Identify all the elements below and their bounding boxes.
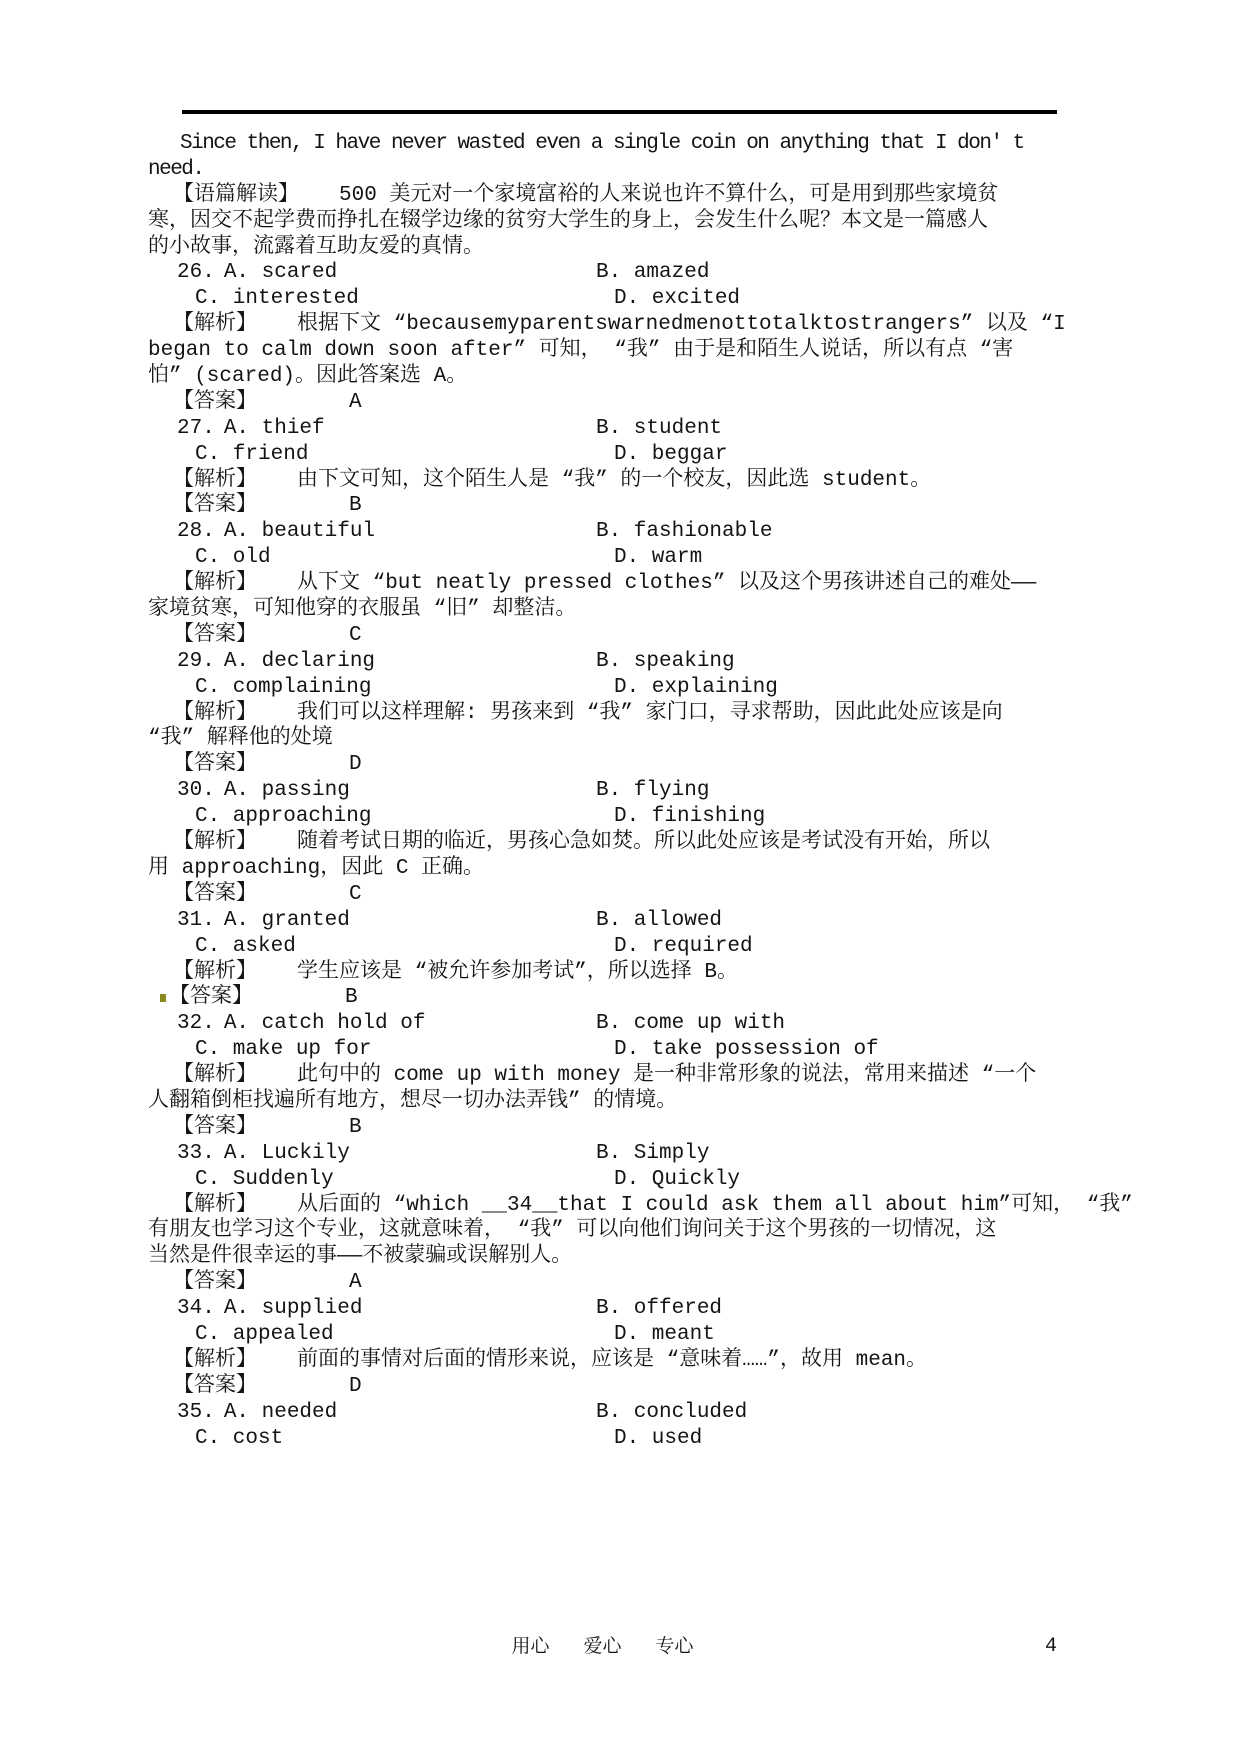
question-row-cd: C. appealedD. meant (148, 1322, 1148, 1348)
analysis-label: 【解析】 (148, 961, 257, 984)
analysis-line: 人翻箱倒柜找遍所有地方，想尽一切办法弄钱” 的情境。 (148, 1089, 1148, 1115)
answer-label: 【答案】 (148, 1271, 257, 1294)
analysis-line: 【解析】随着考试日期的临近，男孩心急如焚。所以此处应该是考试没有开始，所以 (148, 830, 1148, 856)
analysis-line: 用 approaching，因此 C 正确。 (148, 856, 1148, 882)
analysis-text: 从后面的 “which __34__that I could ask them … (297, 1194, 1133, 1217)
analysis-line: 【解析】我们可以这样理解: 男孩来到 “我” 家门口，寻求帮助，因此此处应该是向 (148, 701, 1148, 727)
analysis-label: 【解析】 (148, 831, 257, 854)
analysis-line: 【解析】前面的事情对后面的情形来说，应该是 “意味着……”，故用 mean。 (148, 1348, 1148, 1374)
option-a: A. passing (224, 779, 350, 802)
answer-value: A (349, 1271, 362, 1294)
analysis-label: 【解析】 (148, 469, 257, 492)
question-row-ab: 32.A. catch hold ofB. come up with (148, 1011, 1148, 1037)
question-number: 34. (177, 1297, 215, 1320)
option-c: C. interested (148, 286, 614, 312)
analysis-line: 【解析】从下文 “but neatly pressed clothes” 以及这… (148, 571, 1148, 597)
option-a: A. granted (224, 909, 350, 932)
answer-line: 【答案】B (148, 985, 1148, 1011)
answer-label: 【答案】 (169, 986, 253, 1009)
question-row-cd: C. interestedD. excited (148, 286, 1148, 312)
answer-value: C (349, 624, 362, 647)
question-number: 31. (177, 909, 215, 932)
answer-label: 【答案】 (148, 391, 257, 414)
answer-line: 【答案】D (148, 752, 1148, 778)
option-a: A. supplied (224, 1297, 363, 1320)
stray-mark (160, 994, 166, 1002)
question-row-ab: 29.A. declaringB. speaking (148, 649, 1148, 675)
document-page: Since then, I have never wasted even a s… (0, 0, 1241, 1754)
option-c: C. appealed (148, 1322, 614, 1348)
passage-line: Since then, I have never wasted even a s… (148, 131, 1148, 157)
analysis-text: 此句中的 come up with money 是一种非常形象的说法，常用来描述… (297, 1064, 1036, 1087)
option-a: A. needed (224, 1401, 337, 1424)
analysis-label: 【解析】 (148, 702, 257, 725)
option-b: B. Simply (596, 1142, 709, 1165)
answer-value: B (349, 1116, 362, 1139)
option-b: B. speaking (596, 650, 735, 673)
answer-value: D (349, 1375, 362, 1398)
answer-value: A (349, 391, 362, 414)
question-row-cd: C. oldD. warm (148, 545, 1148, 571)
question-row-cd: C. friendD. beggar (148, 442, 1148, 468)
analysis-line: began to calm down soon after” 可知， “我” 由… (148, 338, 1148, 364)
answer-label: 【答案】 (148, 753, 257, 776)
analysis-line: 家境贫寒，可知他穿的衣服虽 “旧” 却整洁。 (148, 597, 1148, 623)
analysis-line: 当然是件很幸运的事——不被蒙骗或误解别人。 (148, 1244, 1148, 1270)
answer-value: D (349, 753, 362, 776)
guide-label: 【语篇解读】 (148, 184, 299, 207)
option-b: B. come up with (596, 1012, 785, 1035)
question-row-cd: C. SuddenlyD. Quickly (148, 1167, 1148, 1193)
option-a: A. beautiful (224, 520, 375, 543)
option-c: C. friend (148, 442, 614, 468)
footer-motto-word: 爱心 (583, 1632, 621, 1662)
answer-line: 【答案】B (148, 493, 1148, 519)
option-c: C. cost (148, 1426, 614, 1452)
question-row-ab: 33.A. LuckilyB. Simply (148, 1141, 1148, 1167)
answer-line: 【答案】A (148, 1270, 1148, 1296)
header-rule (182, 110, 1057, 114)
document-body: Since then, I have never wasted even a s… (148, 131, 1148, 1451)
passage-line: need. (148, 157, 1148, 183)
question-row-cd: C. approachingD. finishing (148, 804, 1148, 830)
footer-motto-word: 专心 (656, 1632, 694, 1662)
question-row-cd: C. costD. used (148, 1426, 1148, 1452)
answer-line: 【答案】B (148, 1115, 1148, 1141)
question-row-cd: C. complainingD. explaining (148, 675, 1148, 701)
page-footer: 用心 爱心 专心 4 (148, 1632, 1057, 1662)
answer-label: 【答案】 (148, 1375, 257, 1398)
answer-value: B (349, 494, 362, 517)
option-d: D. explaining (614, 676, 778, 699)
option-c: C. asked (148, 934, 614, 960)
analysis-line: 【解析】从后面的 “which __34__that I could ask t… (148, 1193, 1148, 1219)
answer-label: 【答案】 (148, 624, 257, 647)
option-a: A. scared (224, 261, 337, 284)
option-c: C. make up for (148, 1037, 614, 1063)
option-a: A. Luckily (224, 1142, 350, 1165)
option-b: B. amazed (596, 261, 709, 284)
option-c: C. complaining (148, 675, 614, 701)
answer-label: 【答案】 (148, 883, 257, 906)
analysis-line: 【解析】由下文可知，这个陌生人是 “我” 的一个校友，因此选 student。 (148, 468, 1148, 494)
analysis-text: 根据下文 “becausemyparentswarnedmenottotalkt… (297, 313, 1066, 336)
option-c: C. old (148, 545, 614, 571)
option-a: A. catch hold of (224, 1012, 426, 1035)
option-a: A. declaring (224, 650, 375, 673)
option-d: D. finishing (614, 805, 765, 828)
question-row-ab: 27.A. thiefB. student (148, 416, 1148, 442)
answer-label: 【答案】 (148, 1116, 257, 1139)
question-number: 26. (177, 261, 215, 284)
page-number: 4 (1045, 1632, 1057, 1662)
analysis-label: 【解析】 (148, 572, 257, 595)
option-b: B. flying (596, 779, 709, 802)
question-row-cd: C. askedD. required (148, 934, 1148, 960)
guide-line: 【语篇解读】500 美元对一个家境富裕的人来说也许不算什么，可是用到那些家境贫 (148, 183, 1148, 209)
question-number: 28. (177, 520, 215, 543)
option-d: D. Quickly (614, 1168, 740, 1191)
answer-line: 【答案】C (148, 623, 1148, 649)
answer-line: 【答案】C (148, 882, 1148, 908)
analysis-line: 【解析】根据下文 “becausemyparentswarnedmenottot… (148, 312, 1148, 338)
analysis-line: 【解析】学生应该是 “被允许参加考试”，所以选择 B。 (148, 960, 1148, 986)
option-d: D. take possession of (614, 1038, 879, 1061)
analysis-text: 我们可以这样理解: 男孩来到 “我” 家门口，寻求帮助，因此此处应该是向 (297, 702, 1003, 725)
question-number: 32. (177, 1012, 215, 1035)
option-c: C. Suddenly (148, 1167, 614, 1193)
analysis-line: 有朋友也学习这个专业，这就意味着， “我” 可以向他们询问关于这个男孩的一切情况… (148, 1218, 1148, 1244)
guide-text: 500 美元对一个家境富裕的人来说也许不算什么，可是用到那些家境贫 (339, 184, 998, 207)
analysis-text: 从下文 “but neatly pressed clothes” 以及这个男孩讲… (297, 572, 1036, 595)
option-c: C. approaching (148, 804, 614, 830)
option-d: D. required (614, 935, 753, 958)
analysis-text: 由下文可知，这个陌生人是 “我” 的一个校友，因此选 student。 (297, 469, 931, 492)
guide-line: 寒，因交不起学费而挣扎在辍学边缘的贫穷大学生的身上，会发生什么呢？本文是一篇感人 (148, 209, 1148, 235)
analysis-line: 怕” (scared)。因此答案选 A。 (148, 364, 1148, 390)
analysis-text: 随着考试日期的临近，男孩心急如焚。所以此处应该是考试没有开始，所以 (297, 831, 990, 854)
analysis-line: “我” 解释他的处境 (148, 726, 1148, 752)
question-row-cd: C. make up forD. take possession of (148, 1037, 1148, 1063)
answer-value: C (349, 883, 362, 906)
option-b: B. concluded (596, 1401, 747, 1424)
option-d: D. meant (614, 1323, 715, 1346)
answer-label: 【答案】 (148, 494, 257, 517)
answer-value: B (345, 986, 358, 1009)
option-b: B. student (596, 417, 722, 440)
question-number: 35. (177, 1401, 215, 1424)
analysis-line: 【解析】此句中的 come up with money 是一种非常形象的说法，常… (148, 1063, 1148, 1089)
question-row-ab: 28.A. beautifulB. fashionable (148, 519, 1148, 545)
analysis-text: 学生应该是 “被允许参加考试”，所以选择 B。 (297, 961, 738, 984)
question-row-ab: 31.A. grantedB. allowed (148, 908, 1148, 934)
option-d: D. used (614, 1427, 702, 1450)
option-d: D. warm (614, 546, 702, 569)
question-number: 30. (177, 779, 215, 802)
question-row-ab: 35.A. neededB. concluded (148, 1400, 1148, 1426)
question-row-ab: 30.A. passingB. flying (148, 778, 1148, 804)
question-number: 33. (177, 1142, 215, 1165)
option-d: D. beggar (614, 443, 727, 466)
analysis-text: 前面的事情对后面的情形来说，应该是 “意味着……”，故用 mean。 (297, 1349, 927, 1372)
question-row-ab: 26.A. scaredB. amazed (148, 260, 1148, 286)
question-number: 27. (177, 417, 215, 440)
analysis-label: 【解析】 (148, 1194, 257, 1217)
option-b: B. offered (596, 1297, 722, 1320)
question-number: 29. (177, 650, 215, 673)
option-b: B. fashionable (596, 520, 772, 543)
footer-motto-word: 用心 (511, 1632, 549, 1662)
footer-motto: 用心 爱心 专心 (148, 1632, 1057, 1662)
option-d: D. excited (614, 287, 740, 310)
analysis-label: 【解析】 (148, 313, 257, 336)
answer-line: 【答案】D (148, 1374, 1148, 1400)
option-a: A. thief (224, 417, 325, 440)
analysis-label: 【解析】 (148, 1349, 257, 1372)
question-row-ab: 34.A. suppliedB. offered (148, 1296, 1148, 1322)
answer-line: 【答案】A (148, 390, 1148, 416)
option-b: B. allowed (596, 909, 722, 932)
guide-line: 的小故事，流露着互助友爱的真情。 (148, 235, 1148, 261)
analysis-label: 【解析】 (148, 1064, 257, 1087)
